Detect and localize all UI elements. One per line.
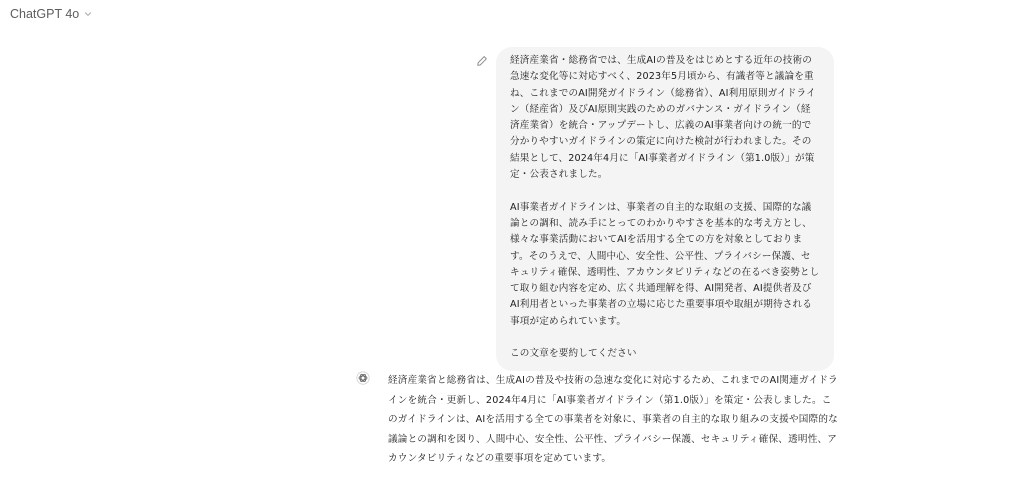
assistant-message-text: 経済産業省と総務省は、生成AIの普及や技術の急速な変化に対応するため、これまでの… [388, 371, 838, 469]
chevron-down-icon [83, 9, 93, 19]
model-name: ChatGPT 4o [10, 7, 79, 21]
openai-logo-icon [356, 371, 370, 385]
user-message-paragraph: 経済産業省・総務省では、生成AIの普及をはじめとする近年の技術の急速な変化等に対… [510, 53, 820, 183]
user-message-prompt: この文章を要約してください [510, 346, 820, 362]
model-switcher[interactable]: ChatGPT 4o [10, 7, 93, 21]
assistant-message: 経済産業省と総務省は、生成AIの普及や技術の急速な変化に対応するため、これまでの… [388, 371, 838, 469]
user-message-bubble: 経済産業省・総務省では、生成AIの普及をはじめとする近年の技術の急速な変化等に対… [496, 47, 834, 371]
pencil-icon[interactable] [476, 55, 488, 67]
user-message-paragraph: AI事業者ガイドラインは、事業者の自主的な取組の支援、国際的な議論との調和、読み… [510, 200, 820, 330]
